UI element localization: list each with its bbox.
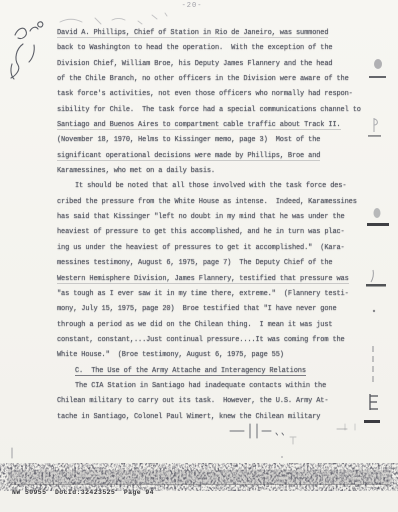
section-heading: C. The Use of the Army Attache and Inter… xyxy=(57,364,369,379)
text-line: It should be noted that all those involv… xyxy=(57,179,369,194)
text-line: constant, constant,...Just continual pre… xyxy=(57,333,369,348)
pen-tick-icon xyxy=(12,437,296,458)
text-line: tache in Santiago, Colonel Paul Wimert, … xyxy=(57,410,369,425)
pen-check-mark-icon xyxy=(230,424,355,438)
archive-footer-stamp: NW 50955 DocId:32423525 Page 94 xyxy=(12,489,154,496)
text-line: ing us under the heaviest of pressures t… xyxy=(57,241,369,256)
text-line: messines testimony, August 6, 1975, page… xyxy=(57,256,369,271)
text-line: back to Washington to head the operation… xyxy=(57,41,369,56)
page-number: -20- xyxy=(0,2,384,10)
text-line: task force's activities, not even those … xyxy=(57,87,369,102)
scan-noise-band xyxy=(8,470,392,485)
text-line: The CIA Station in Santiago had inadequa… xyxy=(57,379,369,394)
text-line: of the Chile Branch, no other officers i… xyxy=(57,72,369,87)
text-line: mony, July 15, 1975, page 20) Broe testi… xyxy=(57,302,369,317)
text-line: (November 18, 1970, Helms to Kissinger m… xyxy=(57,133,369,148)
text-line: David A. Phillips, Chief of Station in R… xyxy=(57,26,369,41)
text-line: Division Chief, William Broe, his Deputy… xyxy=(57,57,369,72)
pencil-smudge-icon xyxy=(60,13,167,24)
text-line: "as tough as I ever saw it in my time th… xyxy=(57,287,369,302)
text-line: Santiago and Buenos Aires to compartment… xyxy=(57,118,369,133)
text-line: through a period as we did on the Chilea… xyxy=(57,318,369,333)
text-line: Chilean military to carry out its task. … xyxy=(57,394,369,409)
scanned-document-page: -20- David A. Phillips, Chief of Station… xyxy=(0,0,398,512)
text-line: Karamessines, who met on a daily basis. xyxy=(57,164,369,179)
text-line: White House." (Broe testimony, August 6,… xyxy=(57,348,369,363)
text-line: cribed the pressure from the White House… xyxy=(57,195,369,210)
pen-scribble-icon xyxy=(11,22,43,79)
text-line: significant operational decisions were m… xyxy=(57,149,369,164)
text-line: heaviest of pressure to get this accompl… xyxy=(57,225,369,240)
text-line: has said that Kissinger "left no doubt i… xyxy=(57,210,369,225)
text-line: Western Hemisphere Division, James Flann… xyxy=(57,272,369,287)
text-line: sibility for Chile. The task force had a… xyxy=(57,103,369,118)
document-body: David A. Phillips, Chief of Station in R… xyxy=(57,26,369,425)
